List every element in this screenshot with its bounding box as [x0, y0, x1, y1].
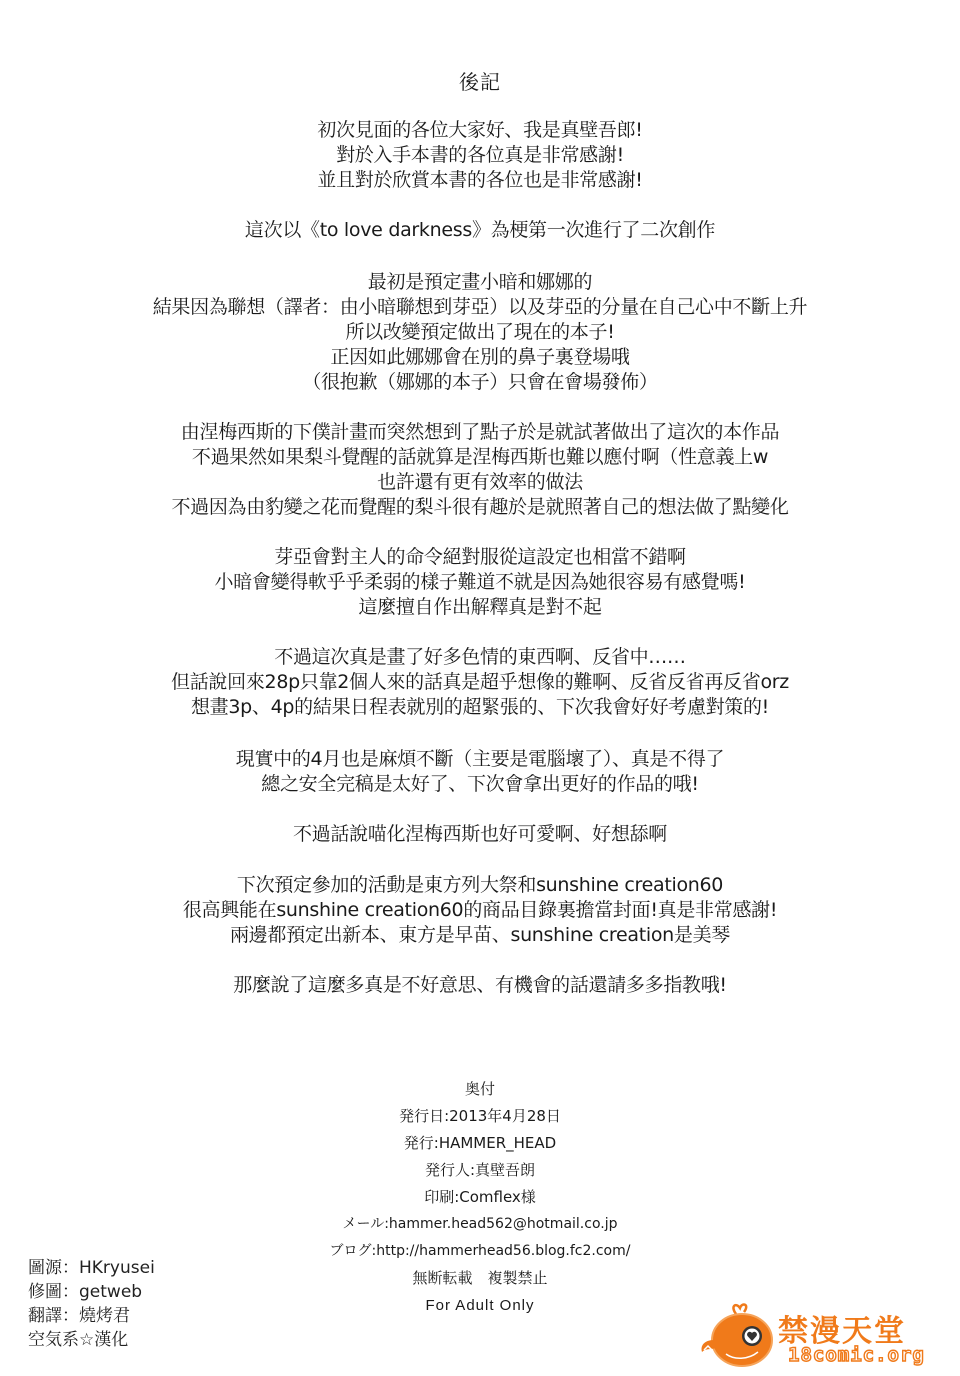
- paragraph: 不過這次真是畫了好多色情的東西啊、反省中……但話說回來28p只靠2個人來的話真是…: [0, 645, 960, 720]
- text-line: 不過因為由豹變之花而覺醒的梨斗很有趣於是就照著自己的想法做了點變化: [0, 495, 960, 520]
- text-line: 那麼說了這麼多真是不好意思、有機會的話還請多多指教哦!: [0, 973, 960, 998]
- colophon-heading: 奥付: [0, 1076, 960, 1103]
- text-line: （很抱歉（娜娜的本子）只會在會場發佈）: [0, 370, 960, 395]
- paragraph: 最初是預定畫小暗和娜娜的結果因為聯想（譯者：由小暗聯想到芽亞）以及芽亞的分量在自…: [0, 270, 960, 395]
- text-line: 由涅梅西斯的下僕計畫而突然想到了點子於是就試著做出了這次的本作品: [0, 420, 960, 445]
- text-line: 初次見面的各位大家好、我是真壁吾郎!: [0, 118, 960, 143]
- text-line: 想畫3p、4p的結果日程表就別的超緊張的、下次我會好好考慮對策的!: [0, 695, 960, 720]
- text-line: 這次以《to love darkness》為梗第一次進行了二次創作: [0, 218, 960, 243]
- publisher: 発行:HAMMER_HEAD: [0, 1130, 960, 1157]
- page-title: 後記: [0, 66, 960, 95]
- text-line: 兩邊都預定出新本、東方是早苗、sunshine creation是美琴: [0, 923, 960, 948]
- contact-email: メール:hammer.head562@hotmail.co.jp: [0, 1211, 960, 1238]
- text-line: 也許還有更有效率的做法: [0, 470, 960, 495]
- text-line: 不過這次真是畫了好多色情的東西啊、反省中……: [0, 645, 960, 670]
- afterword-page: 後記 初次見面的各位大家好、我是真壁吾郎!對於入手本書的各位真是非常感謝!並且對…: [0, 0, 960, 1376]
- credit-editing: 修圖：getweb: [28, 1280, 155, 1304]
- text-line: 最初是預定畫小暗和娜娜的: [0, 270, 960, 295]
- paragraph: 芽亞會對主人的命令絕對服從這設定也相當不錯啊小暗會變得軟乎乎柔弱的樣子難道不就是…: [0, 545, 960, 620]
- text-line: 這麼擅自作出解釋真是對不起: [0, 595, 960, 620]
- translation-credits: 圖源：HKryusei 修圖：getweb 翻譯：燒烤君 空気系☆漢化: [28, 1256, 155, 1352]
- credit-source: 圖源：HKryusei: [28, 1256, 155, 1280]
- text-line: 不過話說喵化涅梅西斯也好可愛啊、好想舔啊: [0, 822, 960, 847]
- logo-site: 18comic.org: [788, 1344, 925, 1366]
- credit-translation: 翻譯：燒烤君: [28, 1304, 155, 1328]
- text-line: 總之安全完稿是太好了、下次會拿出更好的作品的哦!: [0, 772, 960, 797]
- text-line: 正因如此娜娜會在別的鼻子裏登場哦: [0, 345, 960, 370]
- text-line: 下次預定參加的活動是東方列大祭和sunshine creation60: [0, 873, 960, 898]
- publish-date: 発行日:2013年4月28日: [0, 1103, 960, 1130]
- text-line: 不過果然如果梨斗覺醒的話就算是涅梅西斯也難以應付啊（性意義上w: [0, 445, 960, 470]
- text-line: 結果因為聯想（譯者：由小暗聯想到芽亞）以及芽亞的分量在自己心中不斷上升: [0, 295, 960, 320]
- text-line: 但話說回來28p只靠2個人來的話真是超乎想像的難啊、反省反省再反省orz: [0, 670, 960, 695]
- site-logo: 禁漫天堂 18comic.org: [696, 1300, 936, 1370]
- paragraph: 現實中的4月也是麻煩不斷（主要是電腦壞了）、真是不得了總之安全完稿是太好了、下次…: [0, 747, 960, 797]
- text-line: 很高興能在sunshine creation60的商品目錄裏擔當封面!真是非常感…: [0, 898, 960, 923]
- paragraph: 由涅梅西斯的下僕計畫而突然想到了點子於是就試著做出了這次的本作品不過果然如果梨斗…: [0, 420, 960, 520]
- text-line: 對於入手本書的各位真是非常感謝!: [0, 143, 960, 168]
- text-line: 所以改變預定做出了現在的本子!: [0, 320, 960, 345]
- paragraph: 初次見面的各位大家好、我是真壁吾郎!對於入手本書的各位真是非常感謝!並且對於欣賞…: [0, 118, 960, 193]
- paragraph: 下次預定參加的活動是東方列大祭和sunshine creation60很高興能在…: [0, 873, 960, 948]
- paragraph: 那麼說了這麼多真是不好意思、有機會的話還請多多指教哦!: [0, 973, 960, 998]
- printer: 印刷:Comflex様: [0, 1184, 960, 1211]
- text-line: 芽亞會對主人的命令絕對服從這設定也相當不錯啊: [0, 545, 960, 570]
- credit-group: 空気系☆漢化: [28, 1328, 155, 1352]
- text-line: 現實中的4月也是麻煩不斷（主要是電腦壞了）、真是不得了: [0, 747, 960, 772]
- paragraph: 不過話說喵化涅梅西斯也好可愛啊、好想舔啊: [0, 822, 960, 847]
- issuer: 発行人:真壁吾朗: [0, 1157, 960, 1184]
- whale-mascot-icon: [696, 1300, 780, 1370]
- paragraph: 這次以《to love darkness》為梗第一次進行了二次創作: [0, 218, 960, 243]
- text-line: 並且對於欣賞本書的各位也是非常感謝!: [0, 168, 960, 193]
- text-line: 小暗會變得軟乎乎柔弱的樣子難道不就是因為她很容易有感覺嗎!: [0, 570, 960, 595]
